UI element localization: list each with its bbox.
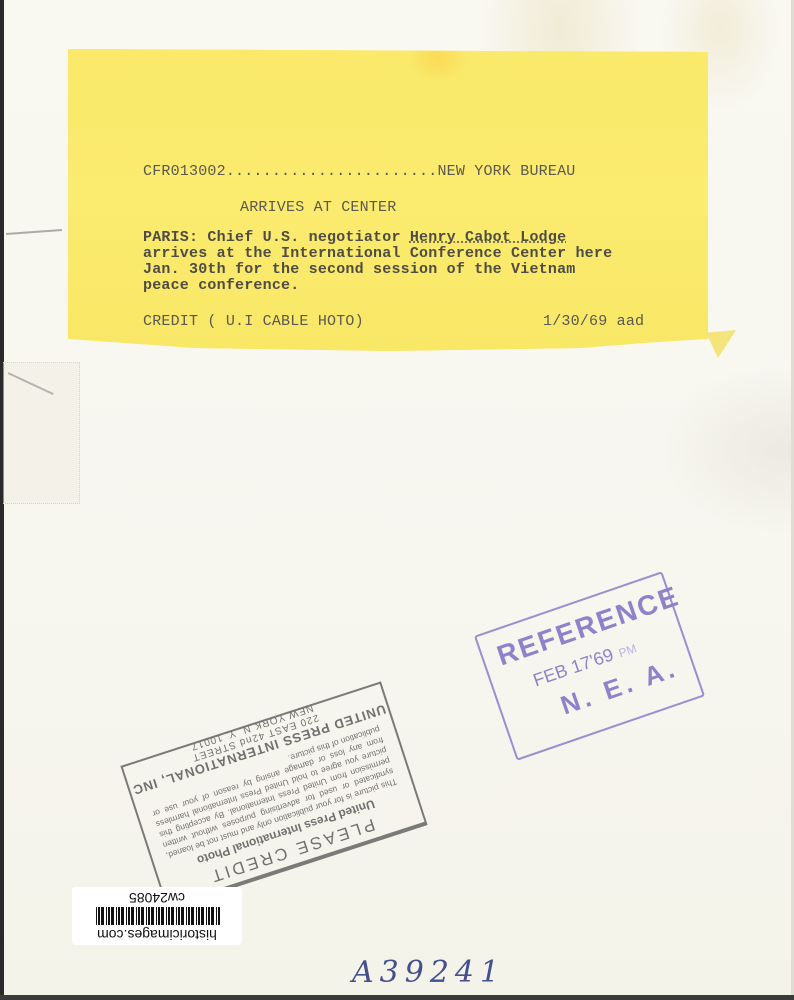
archive-site-name: historicimages.com	[72, 927, 242, 943]
caption-body-line: Jan. 30th for the second session of the …	[143, 261, 575, 278]
caption-body-line: arrives at the International Conference …	[143, 245, 612, 262]
archive-barcode-label: historicimages.com cw24085	[72, 887, 242, 945]
archive-code: cw24085	[72, 890, 242, 906]
bottom-scan-edge	[0, 995, 794, 1000]
caption-date-initials: 1/30/69 aad	[543, 313, 644, 330]
handwritten-archive-number: A39241	[352, 955, 505, 990]
caption-headline: ARRIVES AT CENTER	[240, 199, 396, 216]
barcode-icon	[94, 907, 220, 925]
caption-body-prefix: PARIS: Chief U.S. negotiator	[143, 229, 410, 246]
paper-repair-patch	[3, 362, 80, 504]
reference-stamp-date-suffix: PM	[617, 641, 639, 660]
caption-credit: CREDIT ( U.I CABLE HOTO)	[143, 313, 364, 330]
caption-body: PARIS: Chief U.S. negotiator Henry Cabot…	[143, 230, 612, 294]
slug-line: CFR013002.......................NEW YORK…	[143, 163, 575, 180]
caption-body-line: peace conference.	[143, 277, 299, 294]
caption-body-name: Henry Cabot Lodge	[410, 229, 566, 246]
